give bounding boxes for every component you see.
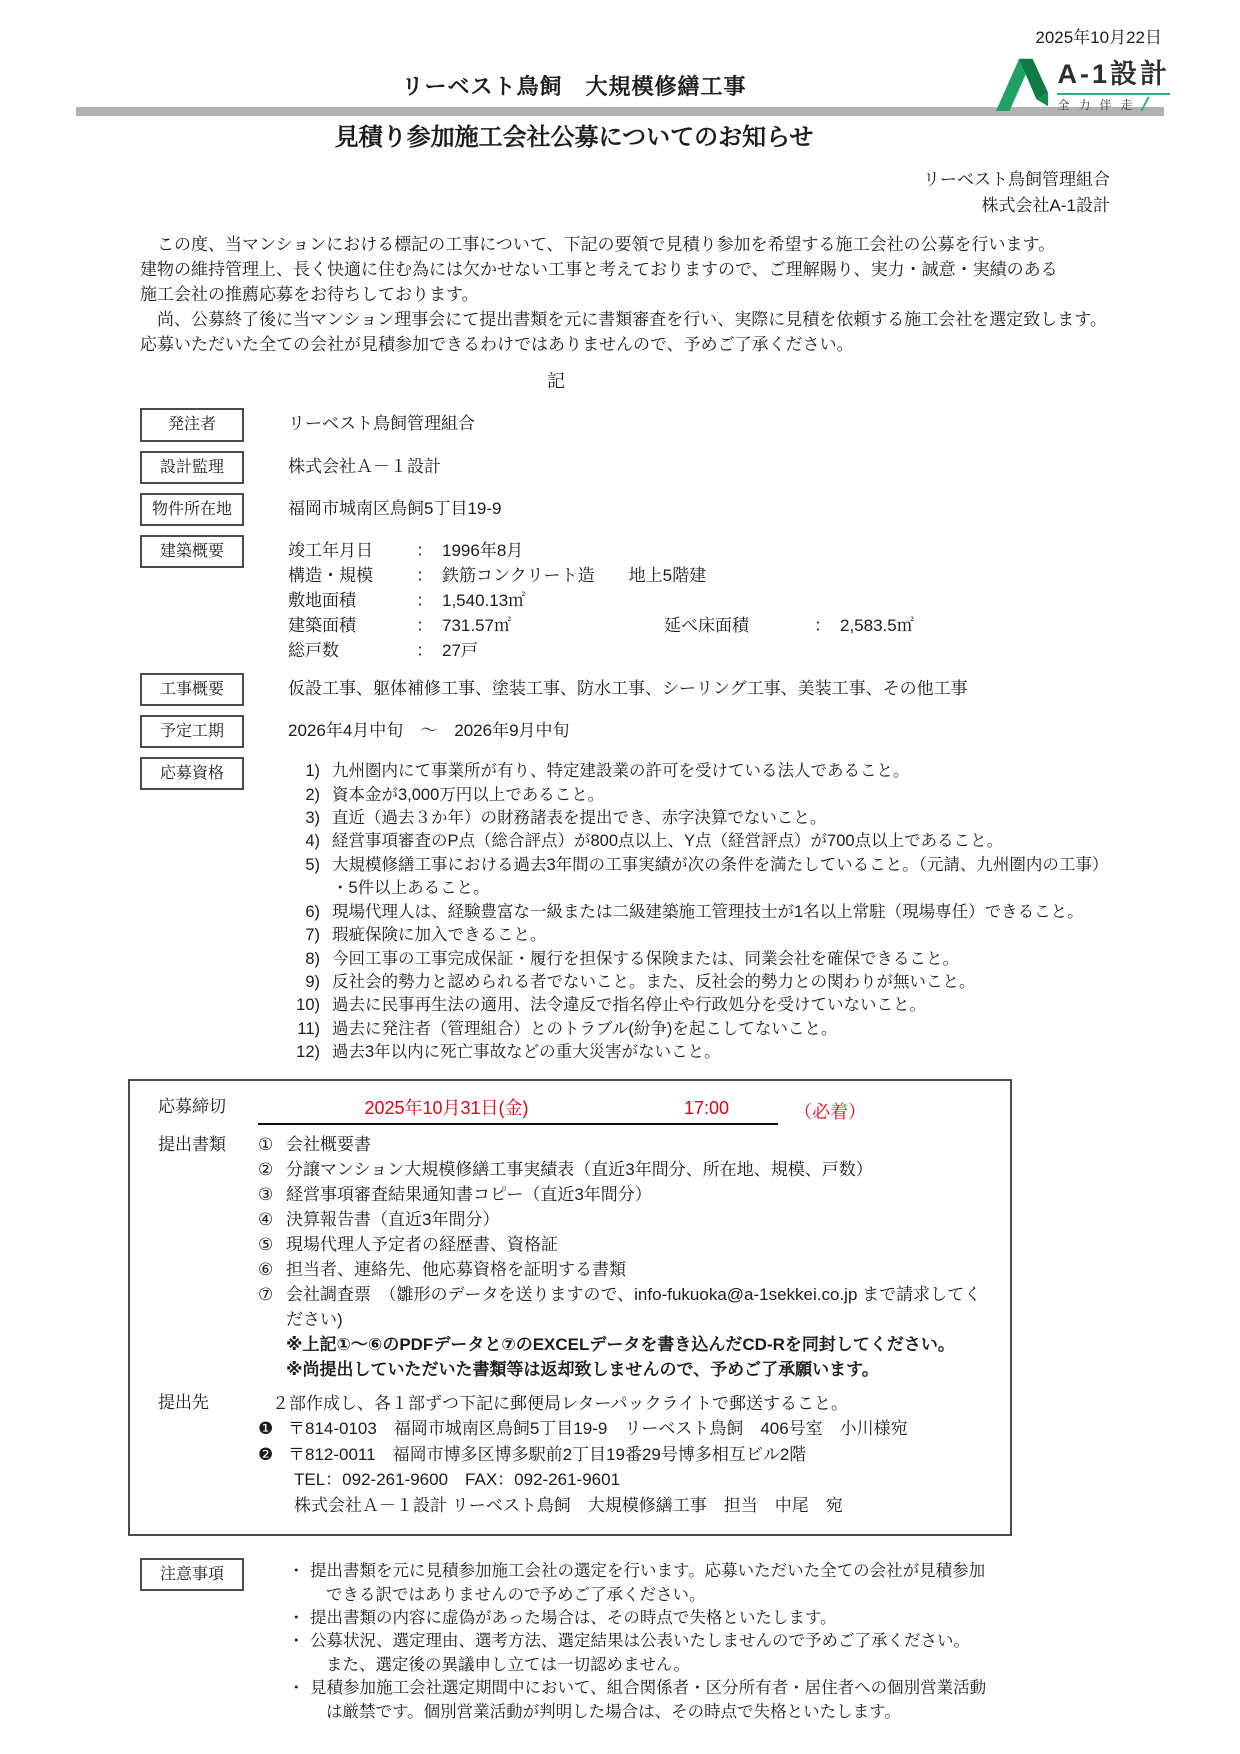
intro-line: 建物の維持管理上、長く快適に住む為には欠かせない工事と考えておりますので、ご理解…: [140, 258, 1120, 283]
item-text: 資本金が3,000万円以上であること。: [332, 784, 604, 807]
colon: ：: [416, 589, 442, 614]
building-rows: 竣工年月日 ： 1996年8月 構造・規模 ： 鉄筋コンクリート造 地上5階建 …: [288, 535, 1164, 664]
building-field-name: 総戸数: [288, 639, 416, 664]
item-number: ⑦: [258, 1283, 286, 1333]
address-text: 〒812-0011 福岡市博多区博多駅前2丁目19番29号博多相互ビル2階: [288, 1442, 806, 1468]
issuer-company: 株式会社A-1設計: [0, 193, 1110, 219]
building-field-name: 竣工年月日: [288, 539, 416, 564]
section-design-supervision: 設計監理 株式会社Ａ－１設計: [140, 451, 1164, 484]
building-field-value: 2,583.5㎡: [840, 614, 914, 639]
building-field-name: 敷地面積: [288, 589, 416, 614]
eligibility-item: 9) 反社会的勢力と認められる者でないこと。また、反社会的勢力との関わりが無いこ…: [288, 971, 1164, 994]
deadline-underline: 2025年10月31日(金) 17:00: [258, 1095, 778, 1125]
building-field-name: 建築面積: [288, 614, 416, 639]
section-building-overview: 建築概要 竣工年月日 ： 1996年8月 構造・規模 ： 鉄筋コンクリート造 地…: [140, 535, 1164, 664]
deadline-note: （必着）: [794, 1099, 866, 1125]
item-number: ④: [258, 1208, 286, 1233]
logo-tagline-row: 全力伴走: [1057, 95, 1170, 114]
section-value-design: 株式会社Ａ－１設計: [288, 451, 1164, 480]
section-label-orderer: 発注者: [140, 408, 244, 441]
note-line: 提出書類を元に見積参加施工会社の選定を行います。応募いただいた全ての会社が見積参…: [310, 1560, 1164, 1583]
destination-attention: 株式会社Ａ－１設計 リーベスト鳥飼 大規模修繕工事 担当 中尾 宛: [294, 1493, 990, 1519]
document-item: ② 分譲マンション大規模修繕工事実績表（直近3年間分、所在地、規模、戸数）: [258, 1158, 990, 1183]
section-label-design: 設計監理: [140, 451, 244, 484]
note-text: 見積参加施工会社選定期間中において、組合関係者・区分所有者・居住者への個別営業活…: [310, 1677, 1164, 1724]
eligibility-item: 4) 経営事項審査のP点（総合評点）が800点以上、Y点（経営評点）が700点以…: [288, 830, 1164, 853]
intro-line: 施工会社の推薦応募をお待ちしております。: [140, 283, 1120, 308]
document-item: ④ 決算報告書（直近3年間分）: [258, 1208, 990, 1233]
document-item: ⑤ 現場代理人予定者の経歴書、資格証: [258, 1233, 990, 1258]
item-number: 11): [288, 1018, 320, 1041]
note-line: 提出書類の内容に虚偽があった場合は、その時点で失格といたします。: [310, 1607, 1164, 1630]
item-text: 過去3年以内に死亡事故などの重大災害がないこと。: [332, 1041, 721, 1064]
bullet-icon: ・: [288, 1560, 310, 1607]
item-text: 経営事項審査のP点（総合評点）が800点以上、Y点（経営評点）が700点以上であ…: [332, 830, 1003, 853]
logo-tagline: 全力伴走: [1057, 95, 1141, 114]
document-item: ① 会社概要書: [258, 1133, 990, 1158]
eligibility-item: 6) 現場代理人は、経験豊富な一級または二級建築施工管理技士が1名以上常駐（現場…: [288, 901, 1164, 924]
eligibility-item: 3) 直近（過去３か年）の財務諸表を提出でき、赤字決算でないこと。: [288, 807, 1164, 830]
intro-paragraphs: この度、当マンションにおける標記の工事について、下記の要領で見積り参加を希望する…: [140, 233, 1120, 358]
intro-line: この度、当マンションにおける標記の工事について、下記の要領で見積り参加を希望する…: [140, 233, 1120, 258]
documents-row: 提出書類 ① 会社概要書 ② 分譲マンション大規模修繕工事実績表（直近3年間分、…: [130, 1133, 990, 1383]
item-text: 過去に民事再生法の適用、法令違反で指名停止や行政処分を受けていないこと。: [332, 994, 926, 1017]
section-label-notes: 注意事項: [140, 1558, 244, 1591]
note-text: 公募状況、選定理由、選考方法、選定結果は公表いたしませんので予めご了承ください。…: [310, 1630, 1164, 1677]
item-number: 9): [288, 971, 320, 994]
item-text: 現場代理人予定者の経歴書、資格証: [286, 1233, 558, 1258]
item-text: 反社会的勢力と認められる者でないこと。また、反社会的勢力との関わりが無いこと。: [332, 971, 976, 994]
building-field-name: 構造・規模: [288, 564, 416, 589]
deadline-row: 応募締切 2025年10月31日(金) 17:00 （必着）: [130, 1095, 990, 1125]
section-notes: 注意事項 ・ 提出書類を元に見積参加施工会社の選定を行います。応募いただいた全て…: [140, 1558, 1164, 1724]
item-text: 直近（過去３か年）の財務諸表を提出でき、赤字決算でないこと。: [332, 807, 826, 830]
item-text: 担当者、連絡先、他応募資格を証明する書類: [286, 1258, 626, 1283]
bullet-icon: ・: [288, 1630, 310, 1677]
item-text: 大規模修繕工事における過去3年間の工事実績が次の条件を満たしていること。（元請、…: [332, 854, 1108, 877]
note-line: できる訳ではありませんので予めご了承ください。: [326, 1584, 1164, 1607]
building-field-value: 1,540.13㎡: [442, 589, 525, 614]
document-subtitle: 見積り参加施工会社公募についてのお知らせ: [0, 121, 1240, 156]
item-number: 6): [288, 901, 320, 924]
documents-note-cdr: ※上記①～⑥のPDFデータと⑦のEXCELデータを書き込んだCD-Rを同封してく…: [286, 1333, 990, 1358]
note-line: 公募状況、選定理由、選考方法、選定結果は公表いたしませんので予めご了承ください。: [310, 1630, 1164, 1653]
section-value-works: 仮設工事、躯体補修工事、塗装工事、防水工事、シーリング工事、美装工事、その他工事: [288, 673, 1164, 702]
note-text: 提出書類を元に見積参加施工会社の選定を行います。応募いただいた全ての会社が見積参…: [310, 1560, 1164, 1607]
building-field-value: 27戸: [442, 639, 478, 664]
section-eligibility: 応募資格 1) 九州圏内にて事業所が有り、特定建設業の許可を受けている法人である…: [140, 757, 1164, 1064]
item-number: ①: [258, 1133, 286, 1158]
colon: ：: [416, 614, 442, 639]
note-line: は厳禁です。個別営業活動が判明した場合は、その時点で失格といたします。: [326, 1701, 1164, 1724]
item-number: 7): [288, 924, 320, 947]
note-item: ・ 公募状況、選定理由、選考方法、選定結果は公表いたしませんので予めご了承くださ…: [288, 1630, 1164, 1677]
section-value-location: 福岡市城南区鳥飼5丁目19-9: [288, 493, 1164, 522]
eligibility-item: 11) 過去に発注者（管理組合）とのトラブル(紛争)を起こしてないこと。: [288, 1018, 1164, 1041]
item-text: 九州圏内にて事業所が有り、特定建設業の許可を受けている法人であること。: [332, 760, 910, 783]
eligibility-item: 8) 今回工事の工事完成保証・履行を担保する保険または、同業会社を確保できること…: [288, 948, 1164, 971]
deadline-label: 応募締切: [130, 1095, 258, 1120]
colon: ：: [416, 639, 442, 664]
building-row-site-area: 敷地面積 ： 1,540.13㎡: [288, 589, 1164, 614]
item-number: 5): [288, 854, 320, 877]
section-orderer: 発注者 リーベスト鳥飼管理組合: [140, 408, 1164, 441]
building-row-building-area: 建築面積 ： 731.57㎡ 延べ床面積 ： 2,583.5㎡: [288, 614, 1164, 639]
eligibility-item: 2) 資本金が3,000万円以上であること。: [288, 784, 1164, 807]
eligibility-item: 12) 過去3年以内に死亡事故などの重大災害がないこと。: [288, 1041, 1164, 1064]
submission-box: 応募締切 2025年10月31日(金) 17:00 （必着） 提出書類 ① 会社…: [128, 1079, 1012, 1536]
logo-divider: [1057, 93, 1170, 95]
eligibility-item-continuation: ・5件以上あること。: [332, 877, 1164, 900]
bullet-icon: ・: [288, 1607, 310, 1630]
item-number: 3): [288, 807, 320, 830]
item-number: 1): [288, 760, 320, 783]
item-number: ②: [258, 1158, 286, 1183]
a1-logo-icon: [995, 56, 1049, 112]
deadline-date: 2025年10月31日(金): [258, 1095, 635, 1121]
destination-row: 提出先 ２部作成し、各１部ずつ下記に郵便局レターパックライトで郵送すること。 ❶…: [130, 1391, 990, 1519]
section-value-period: 2026年4月中旬 ～ 2026年9月中旬: [288, 715, 1164, 744]
eligibility-list: 1) 九州圏内にて事業所が有り、特定建設業の許可を受けている法人であること。 2…: [288, 757, 1164, 1064]
building-field-value: 731.57㎡: [442, 614, 602, 639]
destination-body: ２部作成し、各１部ずつ下記に郵便局レターパックライトで郵送すること。 ❶ 〒81…: [258, 1391, 990, 1519]
eligibility-item: 1) 九州圏内にて事業所が有り、特定建設業の許可を受けている法人であること。: [288, 760, 1164, 783]
destination-address-1: ❶ 〒814-0103 福岡市城南区鳥飼5丁目19-9 リーベスト鳥飼 406号…: [258, 1416, 990, 1442]
item-text: 今回工事の工事完成保証・履行を担保する保険または、同業会社を確保できること。: [332, 948, 959, 971]
ki-marker: 記: [0, 368, 1240, 394]
item-number: ⑥: [258, 1258, 286, 1283]
destination-intro: ２部作成し、各１部ずつ下記に郵便局レターパックライトで郵送すること。: [272, 1391, 990, 1417]
section-label-building: 建築概要: [140, 535, 244, 568]
section-planned-period: 予定工期 2026年4月中旬 ～ 2026年9月中旬: [140, 715, 1164, 748]
company-logo: A-1設計 全力伴走: [995, 56, 1170, 114]
item-number: 2): [288, 784, 320, 807]
note-line: 見積参加施工会社選定期間中において、組合関係者・区分所有者・居住者への個別営業活…: [310, 1677, 1164, 1700]
building-row-structure: 構造・規模 ： 鉄筋コンクリート造 地上5階建: [288, 564, 1164, 589]
item-number: 8): [288, 948, 320, 971]
issuer-association: リーベスト鳥飼管理組合: [0, 167, 1110, 193]
issuer-block: リーベスト鳥飼管理組合 株式会社A-1設計: [0, 167, 1240, 218]
filled-circle-2-icon: ❷: [258, 1442, 288, 1468]
note-item: ・ 見積参加施工会社選定期間中において、組合関係者・区分所有者・居住者への個別営…: [288, 1677, 1164, 1724]
destination-tel-fax: TEL：092-261-9600 FAX：092-261-9601: [294, 1467, 990, 1493]
item-text: 瑕疵保険に加入できること。: [332, 924, 547, 947]
item-text: 現場代理人は、経験豊富な一級または二級建築施工管理技士が1名以上常駐（現場専任）…: [332, 901, 1084, 924]
deadline-time: 17:00: [635, 1095, 778, 1121]
section-label-eligibility: 応募資格: [140, 757, 244, 790]
item-number: 12): [288, 1041, 320, 1064]
note-text: 提出書類の内容に虚偽があった場合は、その時点で失格といたします。: [310, 1607, 1164, 1630]
intro-line: 尚、公募終了後に当マンション理事会にて提出書類を元に書類審査を行い、実際に見積を…: [140, 308, 1120, 333]
section-label-period: 予定工期: [140, 715, 244, 748]
building-row-total-units: 総戸数 ： 27戸: [288, 639, 1164, 664]
building-field-value: 鉄筋コンクリート造 地上5階建: [442, 564, 706, 589]
section-work-overview: 工事概要 仮設工事、躯体補修工事、塗装工事、防水工事、シーリング工事、美装工事、…: [140, 673, 1164, 706]
document-item: ③ 経営事項審査結果通知書コピー（直近3年間分）: [258, 1183, 990, 1208]
colon: ：: [416, 564, 442, 589]
logo-text-block: A-1設計 全力伴走: [1057, 56, 1170, 114]
address-text: 〒814-0103 福岡市城南区鳥飼5丁目19-9 リーベスト鳥飼 406号室 …: [288, 1416, 908, 1442]
section-property-location: 物件所在地 福岡市城南区鳥飼5丁目19-9: [140, 493, 1164, 526]
item-number: 4): [288, 830, 320, 853]
note-line: また、選定後の異議申し立ては一切認めません。: [326, 1654, 1164, 1677]
item-text: 決算報告書（直近3年間分）: [286, 1208, 499, 1233]
destination-address-2: ❷ 〒812-0011 福岡市博多区博多駅前2丁目19番29号博多相互ビル2階: [258, 1442, 990, 1468]
bullet-icon: ・: [288, 1677, 310, 1724]
note-item: ・ 提出書類を元に見積参加施工会社の選定を行います。応募いただいた全ての会社が見…: [288, 1560, 1164, 1607]
note-item: ・ 提出書類の内容に虚偽があった場合は、その時点で失格といたします。: [288, 1607, 1164, 1630]
document-date: 2025年10月22日: [0, 0, 1240, 51]
item-text: 分譲マンション大規模修繕工事実績表（直近3年間分、所在地、規模、戸数）: [286, 1158, 873, 1183]
colon: ：: [814, 614, 840, 639]
item-number: ③: [258, 1183, 286, 1208]
eligibility-item: 10) 過去に民事再生法の適用、法令違反で指名停止や行政処分を受けていないこと。: [288, 994, 1164, 1017]
eligibility-item: 5) 大規模修繕工事における過去3年間の工事実績が次の条件を満たしていること。（…: [288, 854, 1164, 877]
item-text: 経営事項審査結果通知書コピー（直近3年間分）: [286, 1183, 652, 1208]
building-field-name: 延べ床面積: [664, 614, 814, 639]
colon: ：: [416, 539, 442, 564]
deadline-value: 2025年10月31日(金) 17:00 （必着）: [258, 1095, 990, 1125]
documents-note-no-return: ※尚提出していただいた書類等は返却致しませんので、予めご了承願います。: [286, 1358, 990, 1383]
notes-list: ・ 提出書類を元に見積参加施工会社の選定を行います。応募いただいた全ての会社が見…: [288, 1558, 1164, 1724]
eligibility-item: 7) 瑕疵保険に加入できること。: [288, 924, 1164, 947]
destination-label: 提出先: [130, 1391, 258, 1416]
item-text: 過去に発注者（管理組合）とのトラブル(紛争)を起こしてないこと。: [332, 1018, 837, 1041]
item-text: 会社調査票 （雛形のデータを送りますので、info-fukuoka@a-1sek…: [286, 1283, 990, 1333]
intro-line: 応募いただいた全ての会社が見積参加できるわけではありませんので、予めご了承くださ…: [140, 333, 1120, 358]
logo-company-name: A-1設計: [1057, 56, 1170, 90]
documents-label: 提出書類: [130, 1133, 258, 1158]
filled-circle-1-icon: ❶: [258, 1416, 288, 1442]
section-label-location: 物件所在地: [140, 493, 244, 526]
document-item: ⑥ 担当者、連絡先、他応募資格を証明する書類: [258, 1258, 990, 1283]
document-item: ⑦ 会社調査票 （雛形のデータを送りますので、info-fukuoka@a-1s…: [258, 1283, 990, 1333]
item-number: 10): [288, 994, 320, 1017]
building-field-value: 1996年8月: [442, 539, 523, 564]
item-text: 会社概要書: [286, 1133, 371, 1158]
item-number: ⑤: [258, 1233, 286, 1258]
building-row-completion: 竣工年月日 ： 1996年8月: [288, 539, 1164, 564]
section-label-works: 工事概要: [140, 673, 244, 706]
document-page: 2025年10月22日 A-1設計 全力伴走 リーベスト鳥飼 大規模修繕工事 見…: [0, 0, 1240, 1754]
documents-list: ① 会社概要書 ② 分譲マンション大規模修繕工事実績表（直近3年間分、所在地、規…: [258, 1133, 990, 1383]
section-value-orderer: リーベスト鳥飼管理組合: [288, 408, 1164, 437]
